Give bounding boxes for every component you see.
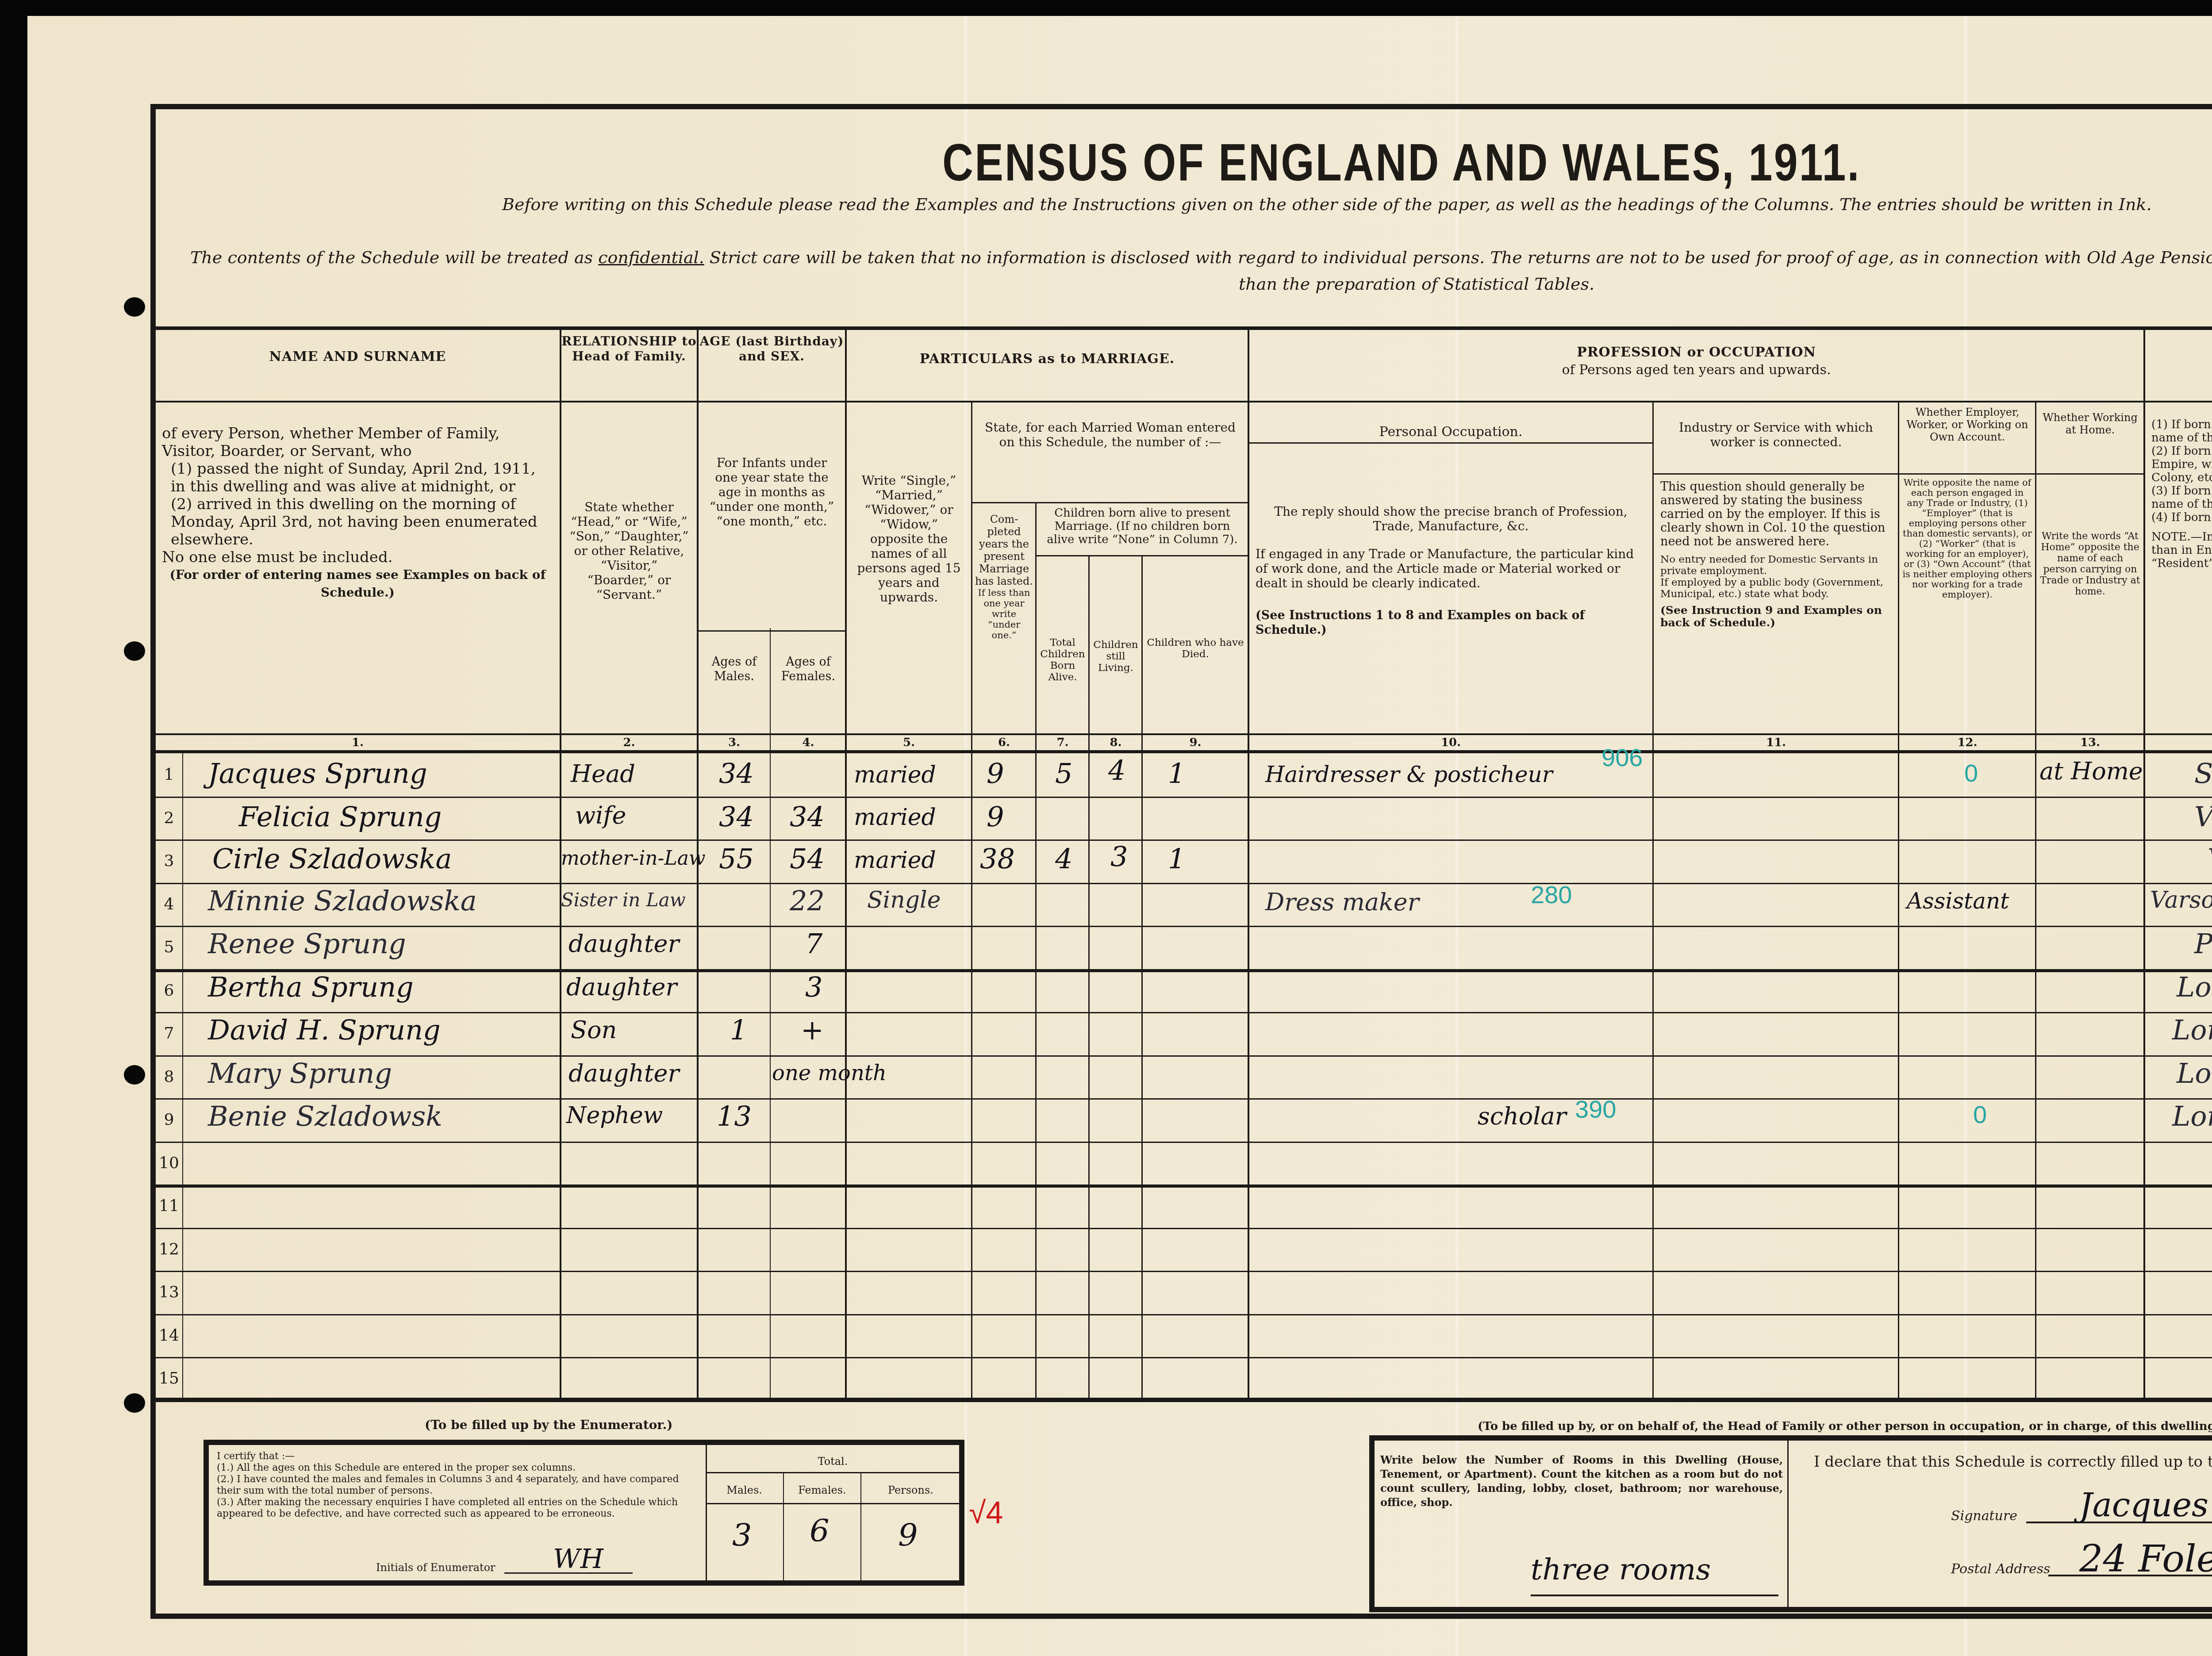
row-3-children-died: 1	[1168, 843, 1185, 875]
row-3-age-male: 55	[719, 843, 754, 875]
row-4-occupation-code: 280	[1531, 880, 1572, 909]
punch-hole	[124, 1393, 145, 1413]
children-died-header: Children who have Died.	[1143, 637, 1248, 660]
enumerator-certify: I certify that :— (1.) All the ages on t…	[217, 1451, 699, 1520]
row-number: 3	[156, 852, 182, 870]
persons-label: Persons.	[861, 1484, 960, 1496]
row-1-name: Jacques Sprung	[208, 757, 427, 790]
row-7-birthplace: London	[2172, 1014, 2212, 1046]
col-divider	[1035, 502, 1037, 1399]
row-2-age-male: 34	[719, 801, 754, 833]
column-number: 7.	[1037, 736, 1088, 749]
row-1-children-living: 4	[1108, 754, 1125, 786]
instructions-line-3: than the preparation of Statistical Tabl…	[1239, 274, 1594, 294]
column-number: 13.	[2037, 736, 2143, 749]
row-number: 5	[156, 938, 182, 956]
row-number: 14	[156, 1326, 182, 1345]
column-number: 8.	[1090, 736, 1141, 749]
header-profession: PROFESSION or OCCUPATION	[1249, 345, 2143, 360]
row-number-divider	[182, 752, 183, 1399]
row-number: 11	[156, 1197, 182, 1215]
row-6-relationship: daughter	[566, 973, 677, 1001]
name-description: of every Person, whether Member of Famil…	[156, 425, 560, 602]
home-description: Write the words “At Home” opposite the n…	[2037, 531, 2143, 597]
instructions-line-2: The contents of the Schedule will be tre…	[190, 248, 2212, 267]
row-9-occupation: scholar	[1478, 1102, 1567, 1130]
subheader-rule	[1652, 473, 2143, 475]
row-2-relationship: wife	[575, 801, 626, 829]
row-4-marriage: Single	[867, 887, 941, 913]
col-divider	[770, 628, 771, 1399]
age-description: For Infants under one year state the age…	[699, 456, 845, 529]
row-number: 8	[156, 1068, 182, 1086]
column-number: 9.	[1143, 736, 1248, 749]
postal-address-label: Postal Address	[1951, 1561, 2050, 1577]
children-header: Children born alive to present Marriage.…	[1037, 506, 1248, 546]
row-divider	[156, 1012, 2212, 1013]
subheader-rule	[1035, 555, 1248, 556]
row-2-name: Felicia Sprung	[239, 801, 442, 833]
column-number: 11.	[1654, 736, 1898, 749]
row-2-marriage: maried	[854, 804, 936, 831]
row-4-relationship: Sister in Law	[561, 889, 686, 911]
signature: Jacques Sprung	[2079, 1486, 2212, 1524]
row-1-age-male: 34	[719, 757, 754, 790]
row-divider	[156, 1228, 2212, 1229]
row-divider	[156, 1055, 2212, 1057]
row-number: 2	[156, 809, 182, 827]
row-number: 1	[156, 766, 182, 784]
row-3-years: 38	[980, 843, 1015, 875]
industry-header: Industry or Service with which worker is…	[1654, 420, 1898, 449]
column-number: 4.	[772, 736, 845, 749]
header-top-rule	[156, 326, 2212, 330]
table-bottom-rule	[156, 1398, 2212, 1402]
row-8-birthplace: London	[2177, 1057, 2212, 1089]
col-divider	[971, 402, 972, 1399]
males-label: Males.	[706, 1484, 783, 1496]
row-divider	[156, 797, 2212, 798]
row-divider	[156, 839, 2212, 841]
row-divider	[156, 926, 2212, 927]
postal-address: 24 Foley St W.	[2079, 1537, 2212, 1580]
subheader-rule	[706, 1503, 960, 1504]
row-2-years: 9	[987, 801, 1004, 833]
head-section-heading: (To be filled up by, or on behalf of, th…	[1478, 1420, 2212, 1433]
subheader-rule	[1248, 442, 1652, 444]
row-1-children-total: 5	[1055, 757, 1072, 790]
column-number: 12.	[1900, 736, 2035, 749]
column-number: 6.	[973, 736, 1035, 749]
column-number: 3.	[699, 736, 770, 749]
row-8-age-female: one month	[772, 1061, 887, 1085]
row-divider	[156, 1142, 2212, 1143]
col-divider	[2035, 402, 2036, 1399]
declaration-text: I declare that this Schedule is correctl…	[1814, 1453, 2212, 1471]
row-divider	[156, 1184, 2212, 1188]
age-females-header: Ages of Females.	[772, 655, 845, 684]
row-3-children-total: 4	[1055, 843, 1072, 875]
children-living-header: Children still Living.	[1090, 639, 1141, 674]
red-check-mark: √4	[969, 1495, 1003, 1530]
row-4-employer: Assistant	[1907, 888, 2009, 914]
total-persons: 9	[898, 1517, 918, 1553]
home-header: Whether Working at Home.	[2037, 411, 2143, 436]
females-label: Females.	[784, 1484, 860, 1496]
header-marriage: PARTICULARS as to MARRIAGE.	[847, 352, 1248, 367]
row-9-birthplace: London	[2172, 1100, 2212, 1132]
row-1-occupation-code: 906	[1601, 743, 1643, 772]
punch-hole	[124, 1065, 145, 1085]
personal-occupation-header: Personal Occupation.	[1249, 425, 1652, 439]
row-number: 4	[156, 895, 182, 913]
row-1-at-home: at Home	[2039, 757, 2143, 785]
rooms-instructions: Write below the Number of Rooms in this …	[1380, 1453, 1783, 1510]
column-number: 5.	[847, 736, 971, 749]
punch-hole	[124, 297, 145, 317]
total-males: 3	[732, 1517, 752, 1553]
header-age: AGE (last Birthday) and SEX.	[699, 334, 845, 364]
row-5-name: Renee Sprung	[208, 928, 406, 960]
header-relationship: RELATIONSHIP to Head of Family.	[561, 334, 697, 364]
row-4-birthplace: Varsovie Russia	[2150, 887, 2212, 913]
page-title: CENSUS OF ENGLAND AND WALES, 1911.	[942, 133, 1861, 193]
row-number: 15	[156, 1369, 182, 1388]
row-7-age-female: +	[801, 1014, 824, 1046]
row-1-marriage: maried	[854, 762, 936, 788]
row-8-relationship: daughter	[568, 1059, 679, 1087]
employer-description: Write opposite the name of each person e…	[1900, 478, 2035, 600]
subheader-rule	[971, 502, 1248, 503]
personal-occupation-description: The reply should show the precise branch…	[1249, 504, 1652, 637]
row-3-name: Cirle Szladowska	[212, 843, 452, 875]
row-2-age-female: 34	[790, 801, 825, 833]
row-9-age-male: 13	[717, 1100, 752, 1132]
children-total-header: Total Children Born Alive.	[1037, 637, 1088, 683]
header-birthplace-sub: of every person.	[2145, 356, 2212, 371]
subheader-rule	[697, 630, 845, 632]
marriage-condition-header: Write “Single,” “Married,” “Widower,” or…	[847, 473, 971, 605]
birthplace-description: (1) If born in the United Kingdom, write…	[2145, 418, 2212, 570]
years-married-header: Com-pleted years the present Marriage ha…	[973, 513, 1035, 640]
row-divider	[156, 1098, 2212, 1100]
row-divider	[156, 1271, 2212, 1272]
column-number: 14.	[2145, 736, 2212, 749]
row-3-marriage: maried	[854, 847, 936, 874]
row-4-name: Minnie Szladowska	[208, 885, 477, 917]
confidential-word: confidential.	[598, 248, 704, 267]
col-divider	[1787, 1440, 1789, 1608]
punch-hole	[124, 641, 145, 661]
row-1-children-died: 1	[1168, 757, 1185, 790]
row-9-occupation-code: 390	[1575, 1095, 1616, 1123]
total-females: 6	[810, 1513, 829, 1549]
header-profession-sub: of Persons aged ten years and upwards.	[1249, 363, 2143, 378]
column-number: 1.	[156, 736, 560, 749]
row-number: 7	[156, 1024, 182, 1043]
row-divider	[156, 1357, 2212, 1358]
row-1-years: 9	[987, 757, 1004, 790]
row-divider	[156, 1314, 2212, 1315]
row-6-age-female: 3	[805, 971, 822, 1003]
industry-description: This question should generally be answer…	[1654, 480, 1898, 629]
row-2-birthplace: Varsovie	[2194, 801, 2212, 833]
age-males-header: Ages of Males.	[699, 655, 770, 684]
enumerator-initials: WH	[553, 1544, 603, 1575]
row-1-employer-code: 0	[1964, 759, 1978, 787]
instructions-line-1: Before writing on this Schedule please r…	[502, 195, 2152, 214]
row-divider	[156, 883, 2212, 884]
column-number: 2.	[561, 736, 697, 749]
row-6-birthplace: London	[2177, 971, 2212, 1003]
column-number-rule	[156, 750, 2212, 753]
row-divider	[156, 969, 2212, 972]
married-woman-header: State, for each Married Woman entered on…	[973, 420, 1248, 449]
number-of-rooms: three rooms	[1531, 1552, 1711, 1587]
row-3-age-female: 54	[790, 843, 825, 875]
row-1-birthplace: Szczucin	[2194, 757, 2212, 790]
header-birthplace: BIRTHPLACE	[2145, 338, 2212, 353]
rooms-line	[1531, 1595, 1778, 1596]
row-3-children-living: 3	[1110, 840, 1128, 873]
initials-label: Initials of Enumerator	[376, 1561, 495, 1574]
header-mid-rule	[156, 401, 2212, 402]
row-number: 6	[156, 981, 182, 1000]
row-6-name: Bertha Sprung	[208, 971, 414, 1003]
row-3-relationship: mother-in-Law	[561, 847, 706, 870]
signature-label: Signature	[1951, 1508, 2017, 1524]
row-9-relationship: Nephew	[566, 1102, 663, 1129]
row-8-name: Mary Sprung	[208, 1057, 392, 1089]
row-5-age-female: 7	[805, 928, 822, 960]
row-number: 10	[156, 1154, 182, 1172]
row-number: 13	[156, 1283, 182, 1301]
row-3-birthplace: Varsovie	[2208, 843, 2212, 875]
row-1-occupation: Hairdresser & posticheur	[1265, 762, 1553, 787]
header-bottom-rule	[156, 733, 2212, 735]
row-7-age-male: 1	[730, 1014, 747, 1046]
total-label: Total.	[706, 1455, 960, 1468]
row-5-birthplace: Paris	[2194, 928, 2212, 960]
row-number: 12	[156, 1240, 182, 1258]
column-number: 10.	[1249, 736, 1652, 749]
row-4-age-female: 22	[790, 885, 825, 917]
row-7-relationship: Son	[571, 1016, 617, 1044]
row-4-occupation: Dress maker	[1265, 888, 1419, 916]
row-number: 9	[156, 1111, 182, 1129]
col-divider	[1248, 328, 1249, 1399]
col-divider	[1898, 402, 1899, 1399]
col-divider	[1652, 402, 1654, 1399]
row-9-name: Benie Szladowsk	[208, 1100, 442, 1132]
row-7-name: David H. Sprung	[208, 1014, 441, 1046]
header-name: NAME AND SURNAME	[156, 349, 560, 364]
relationship-description: State whether “Head,” or “Wife,” “Son,” …	[561, 500, 697, 602]
employer-header: Whether Employer, Worker, or Working on …	[1900, 406, 2035, 443]
row-5-relationship: daughter	[568, 930, 679, 958]
enumerator-heading: (To be filled up by the Enumerator.)	[425, 1418, 673, 1432]
subheader-rule	[706, 1472, 960, 1473]
row-1-relationship: Head	[571, 760, 635, 788]
row-9-employer-code: 0	[1973, 1100, 1987, 1129]
